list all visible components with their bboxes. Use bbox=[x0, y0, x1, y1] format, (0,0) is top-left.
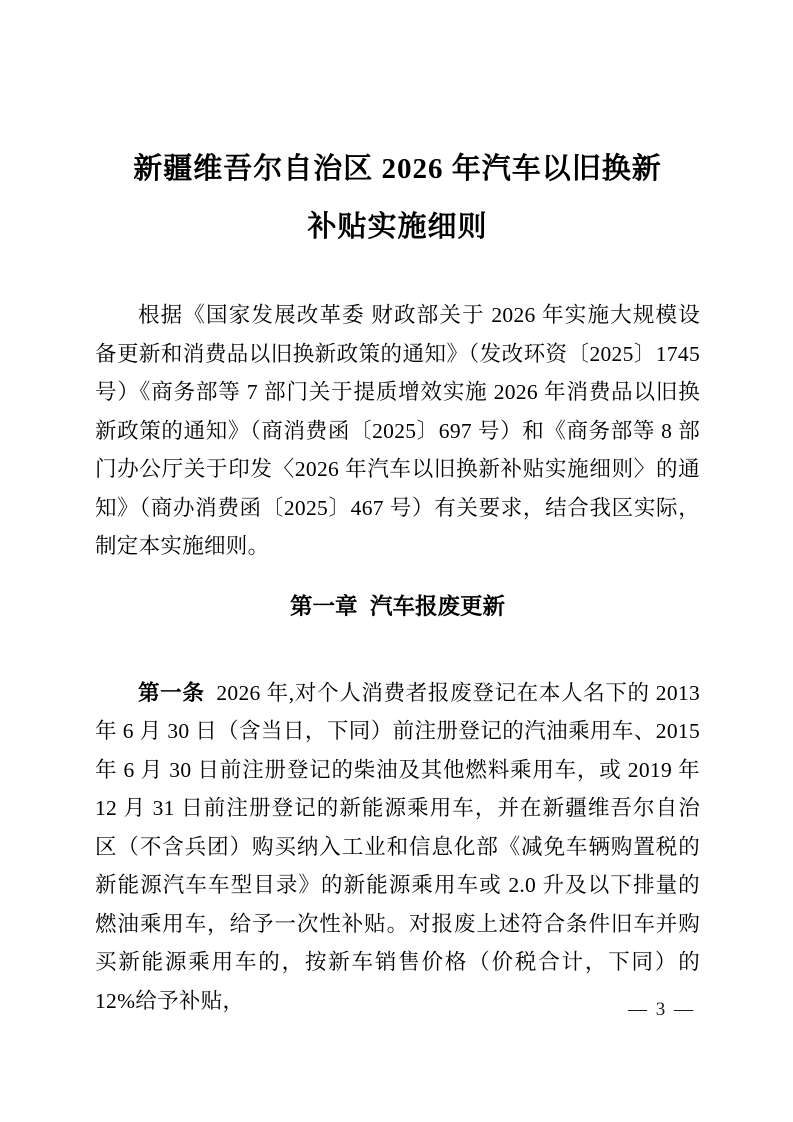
document-title-line-2: 补贴实施细则 bbox=[95, 198, 700, 256]
document-title: 新疆维吾尔自治区 2026 年汽车以旧换新 补贴实施细则 bbox=[95, 140, 700, 256]
intro-paragraph: 根据《国家发展改革委 财政部关于 2026 年实施大规模设备更新和消费品以旧换新… bbox=[95, 296, 700, 566]
article-1-paragraph: 第一条2026 年,对个人消费者报废登记在本人名下的 2013 年 6 月 30… bbox=[95, 674, 700, 1021]
article-1-text: 2026 年,对个人消费者报废登记在本人名下的 2013 年 6 月 30 日（… bbox=[95, 681, 700, 1013]
document-title-line-1: 新疆维吾尔自治区 2026 年汽车以旧换新 bbox=[95, 140, 700, 198]
article-1-label: 第一条 bbox=[138, 681, 205, 705]
chapter-1-heading: 第一章 汽车报废更新 bbox=[95, 588, 700, 626]
page-number: — 3 — bbox=[628, 998, 695, 1022]
document-page: 新疆维吾尔自治区 2026 年汽车以旧换新 补贴实施细则 根据《国家发展改革委 … bbox=[0, 0, 793, 1122]
